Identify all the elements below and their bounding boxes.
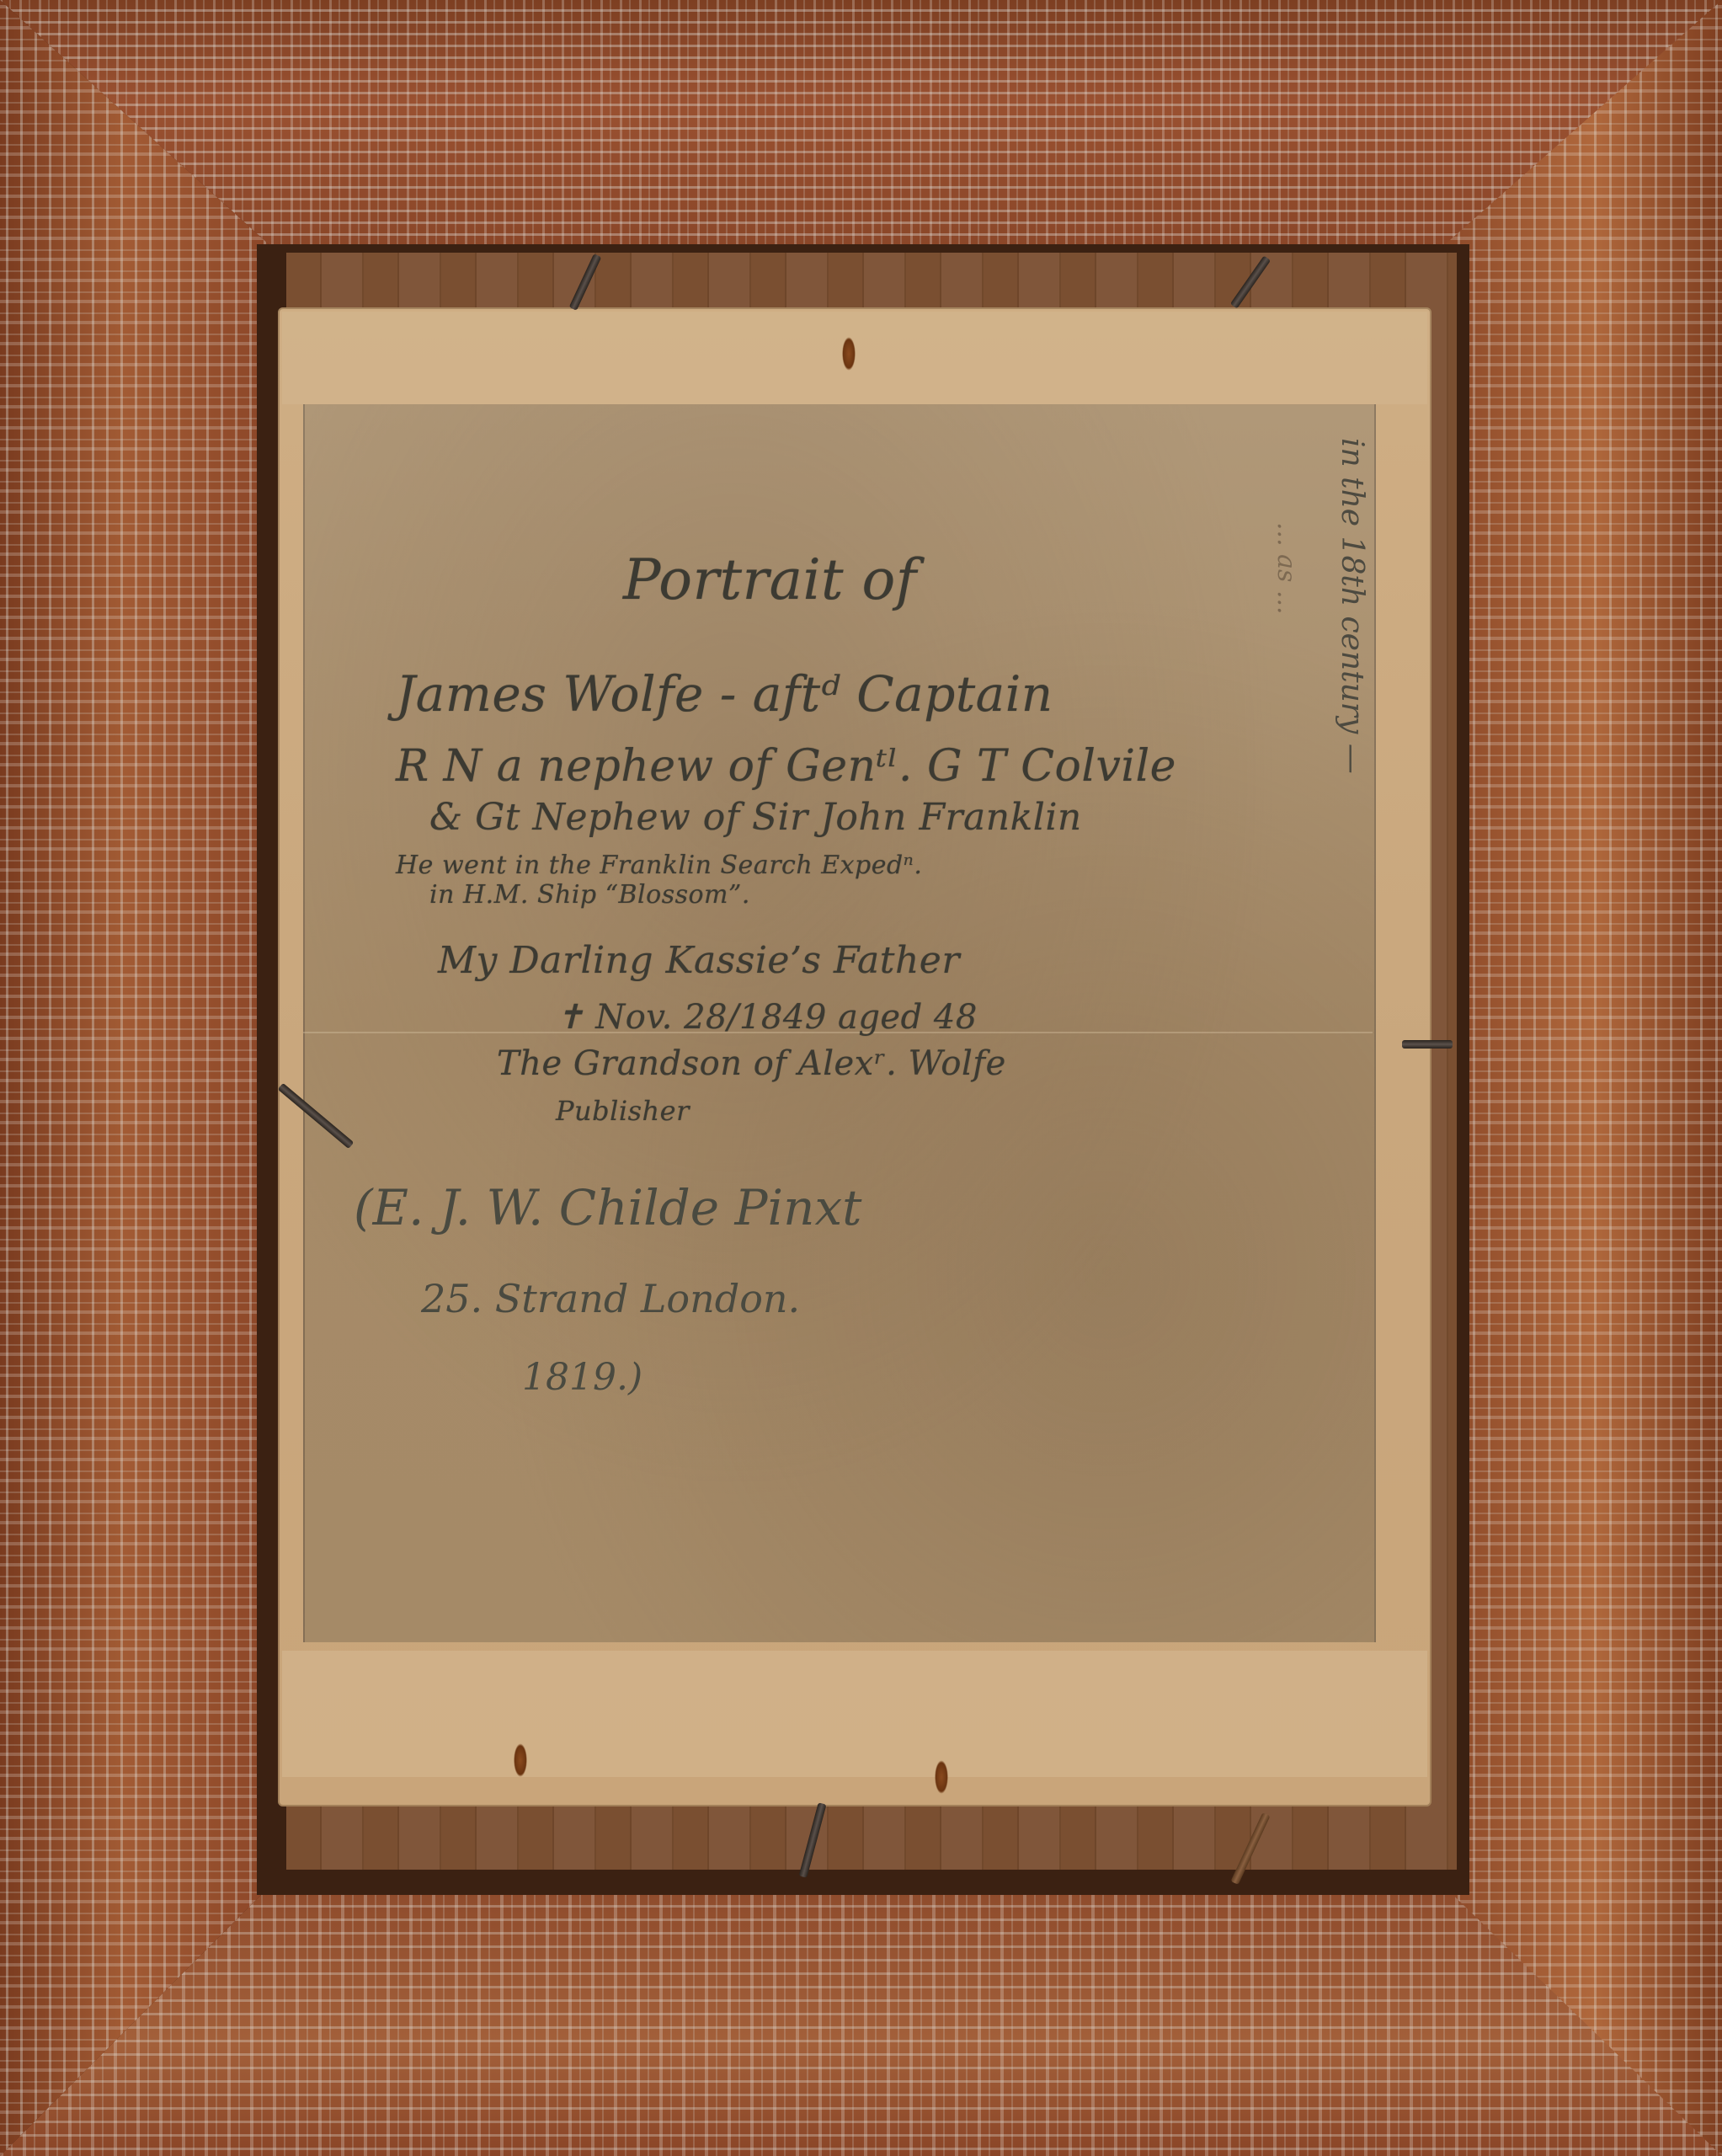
frame-left-stile	[0, 0, 278, 2156]
inscription-line: James Wolfe - aftᵈ Captain	[396, 665, 1053, 723]
frame-top-rail	[0, 0, 1722, 253]
inscription-line: My Darling Kassie’s Father	[438, 939, 960, 982]
bottom-paper-band	[282, 1651, 1427, 1777]
frame-bottom-rail	[0, 1878, 1722, 2156]
photo-frame-back: Portrait of James Wolfe - aftᵈ Captain R…	[0, 0, 1722, 2156]
rust-stain	[842, 337, 856, 371]
rust-stain	[935, 1760, 948, 1794]
artist-note-line: (E. J. W. Childe Pinxt	[354, 1179, 861, 1236]
rust-stain	[514, 1743, 527, 1777]
artist-note-line: 25. Strand London.	[421, 1276, 800, 1321]
inscription-line: R N a nephew of Genᵗˡ. G T Colvile	[396, 741, 1176, 792]
inscription-line: He went in the Franklin Search Expedⁿ.	[396, 851, 922, 880]
margin-note: in the 18th century —	[1335, 438, 1369, 774]
inscription-line: in H.M. Ship “Blossom”.	[429, 880, 750, 910]
nail	[1402, 1040, 1453, 1049]
inscription-line: The Grandson of Alexʳ. Wolfe	[497, 1044, 1006, 1083]
frame-right-stile	[1436, 0, 1722, 2156]
artist-note-line: 1819.)	[522, 1356, 642, 1399]
inscription-line: Publisher	[556, 1095, 690, 1127]
margin-note-faint: ... as ...	[1272, 522, 1301, 615]
inscription-title: Portrait of	[623, 547, 917, 612]
inscription-line: & Gt Nephew of Sir John Franklin	[429, 796, 1082, 839]
inscription-line: ✝ Nov. 28/1849 aged 48	[556, 998, 978, 1037]
